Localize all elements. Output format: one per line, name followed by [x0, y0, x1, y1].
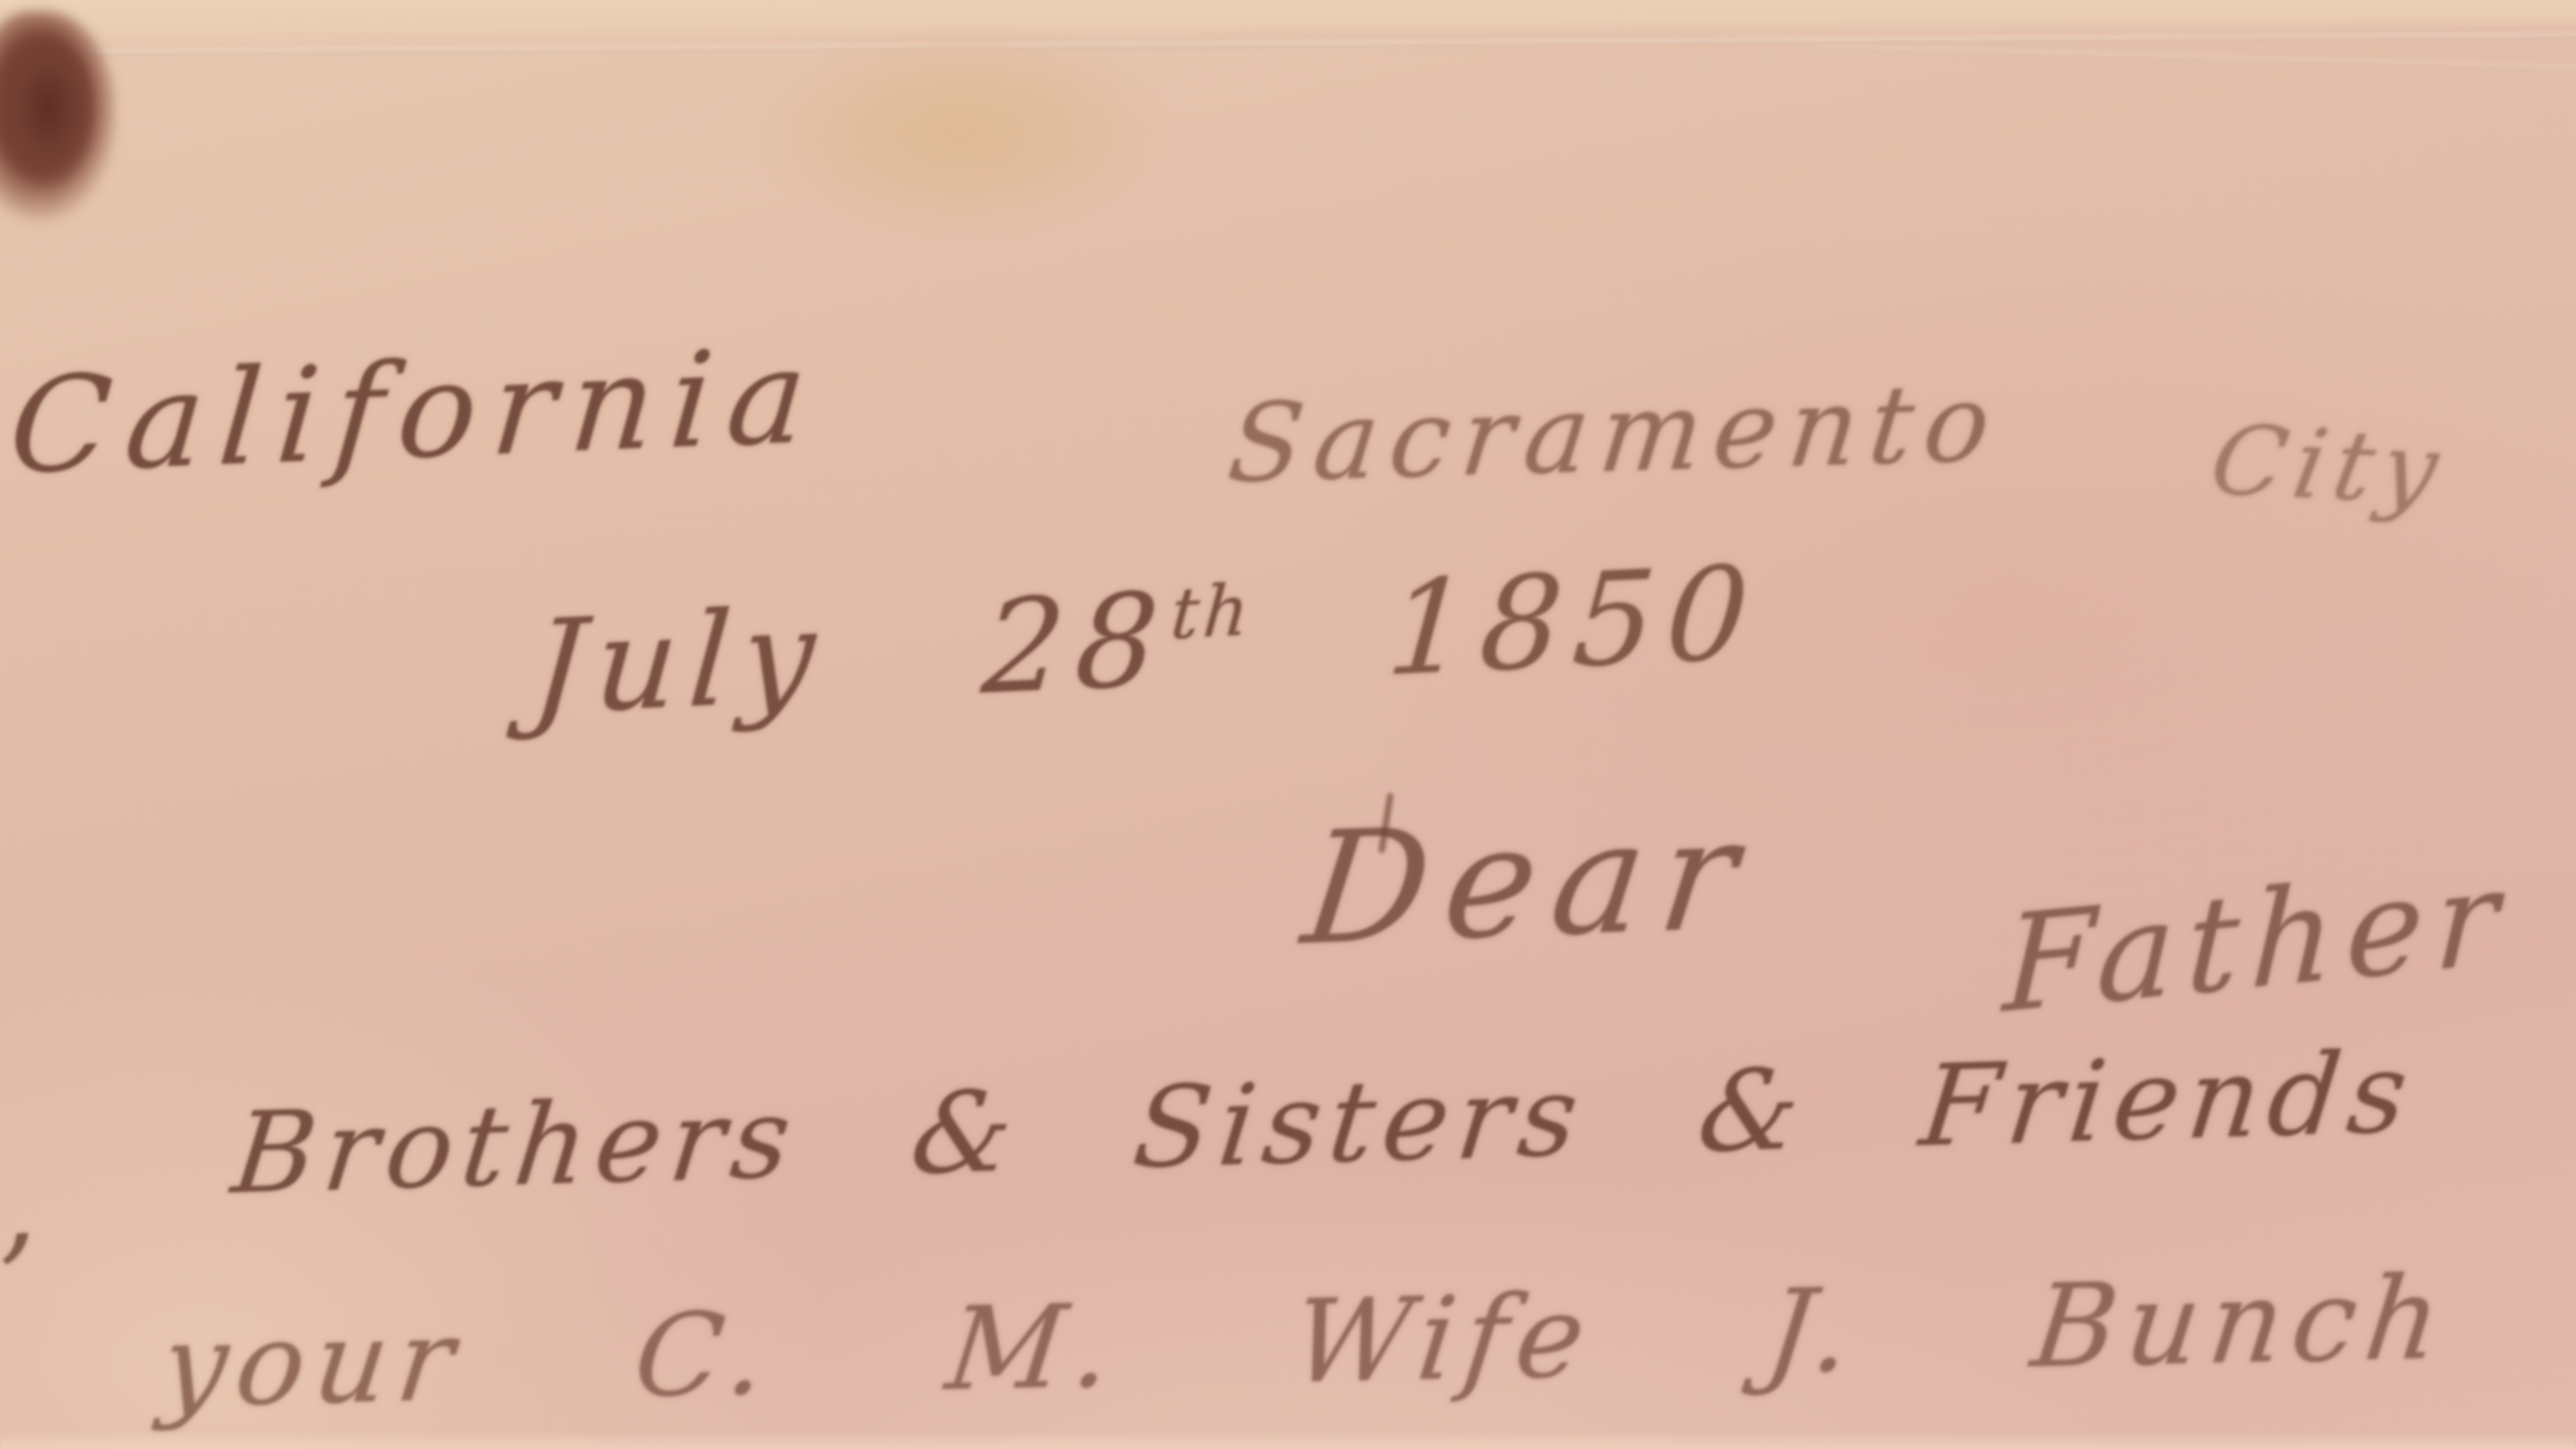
handwritten-salutation-father: Father — [2001, 851, 2512, 1032]
handwritten-state: California — [5, 330, 827, 493]
handwritten-greeting-line: Brothers & Sisters & Friends — [227, 1037, 2420, 1211]
handwritten-salutation-dear: Dear — [1296, 797, 1760, 966]
handwritten-bottom-line: your C. M. Wife J. Bunch — [156, 1261, 2456, 1423]
handwritten-city: Sacramento — [1223, 369, 2007, 498]
handwritten-date-ordinal: th — [1168, 569, 1256, 655]
handwritten-date-year: 1850 — [1382, 538, 1765, 705]
handwritten-date-line: July 28th1850 — [528, 549, 1765, 734]
handwritten-date-day: July 28 — [527, 565, 1175, 744]
photo-bottom-edge — [0, 1431, 2576, 1449]
letter-photo: California Sacramento City July 28th1850… — [0, 0, 2576, 1449]
left-margin-pen-mark: , — [0, 1144, 40, 1268]
paper-crease-top-right — [1818, 45, 2576, 72]
discoloration-stain — [755, 26, 1165, 237]
handwritten-city-suffix: City — [2203, 413, 2454, 519]
